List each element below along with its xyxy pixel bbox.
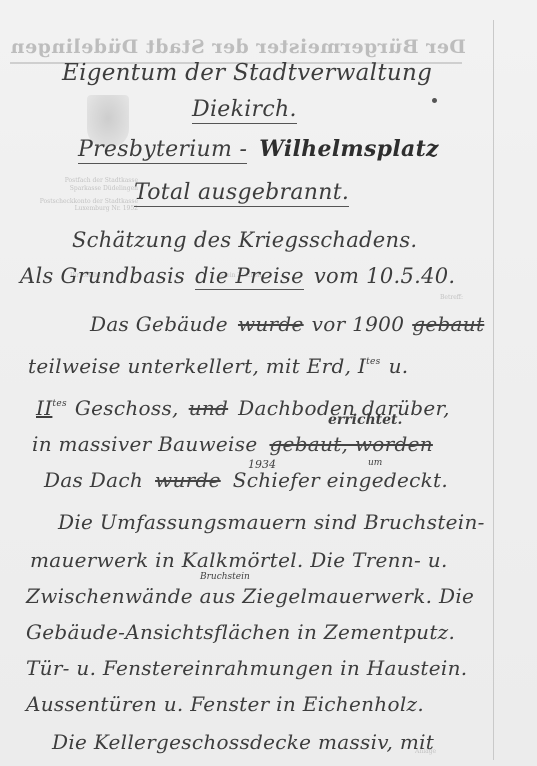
text: in massiver Bauweise [32,432,257,456]
text-underlined: die Preise [195,264,304,290]
struck-text: gebaut [412,312,484,336]
superscript: tes [52,399,66,409]
fold-line [493,20,494,760]
line-gebaeude: Das Gebäude wurde vor 1900 gebaut [90,312,484,336]
text: u. [389,354,409,378]
insert-bruchstein: Bruchstein [200,572,250,582]
heading-eigentum: Eigentum der Stadtverwaltung [62,60,432,86]
struck-text: wurde [238,312,304,336]
struck-text: wurde [155,468,221,492]
insert-um: um [368,458,382,468]
struck-text: gebaut, worden [269,432,432,456]
line-zwischenwaende: Zwischenwände aus Ziegelmauerwerk. Die [26,584,474,608]
heading-total-ausgebrannt: Total ausgebrannt. [134,180,349,207]
line-ansichtsflaechen: Gebäude-Ansichtsflächen in Zementputz. [26,620,455,644]
heading-wilhelmsplatz: Wilhelmsplatz [259,136,439,162]
text: Das Dach [44,468,143,492]
text: II [36,396,52,420]
ink-dot [432,98,437,103]
heading-presbyterium: Presbyterium - Wilhelmsplatz [78,136,439,162]
text: Das Gebäude [90,312,228,336]
line-umfassungsmauern: Die Umfassungsmauern sind Bruchstein- [58,510,485,534]
print-line: Sparkasse Düdelingen [20,185,138,193]
heading-presbyterium-prefix: Presbyterium - [78,137,247,164]
label-betreff: Betreff: [440,294,463,302]
heading-diekirch: Diekirch. [192,97,297,124]
text-date: vom 10.5.40. [314,264,456,288]
letterhead-bank-info: Postfach der Stadtkasse Sparkasse Düdeli… [20,177,138,213]
text: Schiefer eingedeckt. [233,468,448,492]
line-teilweise: teilweise unterkellert, mit Erd, Ites u. [28,354,408,378]
document-page: Der Bürgermeister der Stadt Düdelingen P… [0,0,537,766]
text: Als Grundbasis [20,264,185,288]
line-kellerdecke: Die Kellergeschossdecke massiv, mit [52,730,434,754]
superscript: tes [366,357,380,367]
line-bauweise: in massiver Bauweise gebaut, worden [32,432,433,456]
struck-text: und [189,396,228,420]
print-line: Luxemburg Nr. 1952 [20,205,138,213]
line-mauerwerk: mauerwerk in Kalkmörtel. Die Trenn- u. [30,548,448,572]
print-line: Postfach der Stadtkasse [20,177,138,185]
print-line: Postscheckkonto der Stadtkasse [20,198,138,206]
text: teilweise unterkellert, mit Erd, I [28,354,366,378]
text: Geschoss, [75,396,179,420]
line-dach: Das Dach wurde Schiefer eingedeckt. [44,468,448,492]
insert-errichtet: errichtet. [328,412,402,428]
line-einrahmungen: Tür- u. Fenstereinrahmungen in Haustein. [26,656,467,680]
text: vor 1900 [312,312,405,336]
line-grundbasis: Als Grundbasis die Preise vom 10.5.40. [20,264,455,288]
line-aussentueren: Aussentüren u. Fenster in Eichenholz. [26,692,424,716]
letterhead-title-mirrored: Der Bürgermeister der Stadt Düdelingen [8,36,468,58]
line-schaetzung: Schätzung des Kriegsschadens. [72,228,417,252]
